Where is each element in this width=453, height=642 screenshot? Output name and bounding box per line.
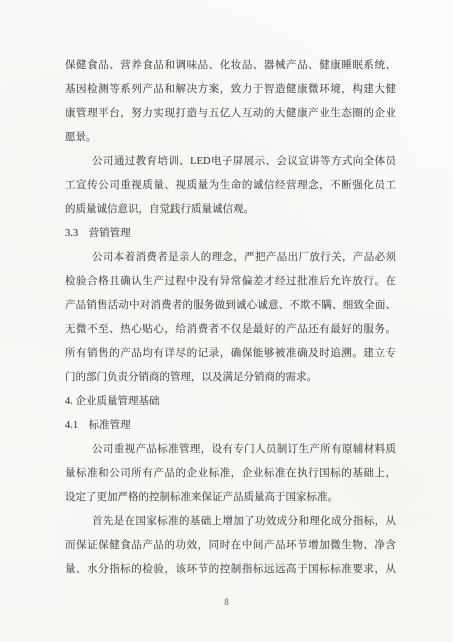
text-line: 保健食品、营养食品和调味品、化妆品、器械产品、健康睡眠系统、	[65, 54, 396, 78]
text-line: 基因检测等系列产品和解决方案，致力于智造健康微环境，构建大健	[65, 78, 396, 102]
text-line: 康管理平台，努力实现打造与五亿人互动的大健康产业生态圈的企业	[65, 102, 396, 126]
text-line: 公司本着消费者是亲人的理念，严把产品出厂放行关，产品必须	[65, 246, 396, 270]
text-line: 产品销售活动中对消费者的服务做到诚心诚意、不欺不瞒、细致全面、	[65, 294, 396, 318]
text-line: 量标准和公司所有产品的企业标准，企业标准在执行国标的基础上，	[65, 462, 396, 486]
section-heading: 3.3 营销管理	[65, 222, 396, 246]
text-line: 检验合格且确认生产过程中没有异常偏差才经过批准后允许放行。在	[65, 270, 396, 294]
text-line: 所有销售的产品均有详尽的记录，确保能够被准确及时追溯。建立专	[65, 342, 396, 366]
text-line: 愿景。	[65, 126, 396, 150]
text-block: 保健食品、营养食品和调味品、化妆品、器械产品、健康睡眠系统、 基因检测等系列产品…	[65, 54, 396, 582]
text-line: 公司重视产品标准管理，设有专门人员制订生产所有原辅材料质	[65, 438, 396, 462]
text-line: 门的部门负责分销商的管理，以及满足分销商的需求。	[65, 366, 396, 390]
text-line: 而保证保健食品产品的功效，同时在中间产品环节增加微生物、净含	[65, 534, 396, 558]
text-line: 设定了更加严格的控制标准来保证产品质量高于国家标准。	[65, 486, 396, 510]
page-footer: 8	[0, 592, 453, 610]
text-line: 的质量诚信意识，自觉践行质量诚信观。	[65, 198, 396, 222]
section-heading: 4. 企业质量管理基础	[65, 390, 396, 414]
text-line: 工宣传公司重视质量、视质量为生命的诚信经营理念，不断强化员工	[65, 174, 396, 198]
document-page: 保健食品、营养食品和调味品、化妆品、器械产品、健康睡眠系统、 基因检测等系列产品…	[0, 0, 453, 642]
page-number: 8	[224, 597, 229, 607]
section-heading: 4.1 标准管理	[65, 414, 396, 438]
text-line: 无微不至、热心贴心，给消费者不仅是最好的产品还有最好的服务。	[65, 318, 396, 342]
text-line: 量、水分指标的检验，该环节的控制指标远远高于国标标准要求，从	[65, 558, 396, 582]
text-line: 首先是在国家标准的基础上增加了功效成分和理化成分指标，从	[65, 510, 396, 534]
text-line: 公司通过教育培训、LED电子屏展示、会议宣讲等方式向全体员	[65, 150, 396, 174]
